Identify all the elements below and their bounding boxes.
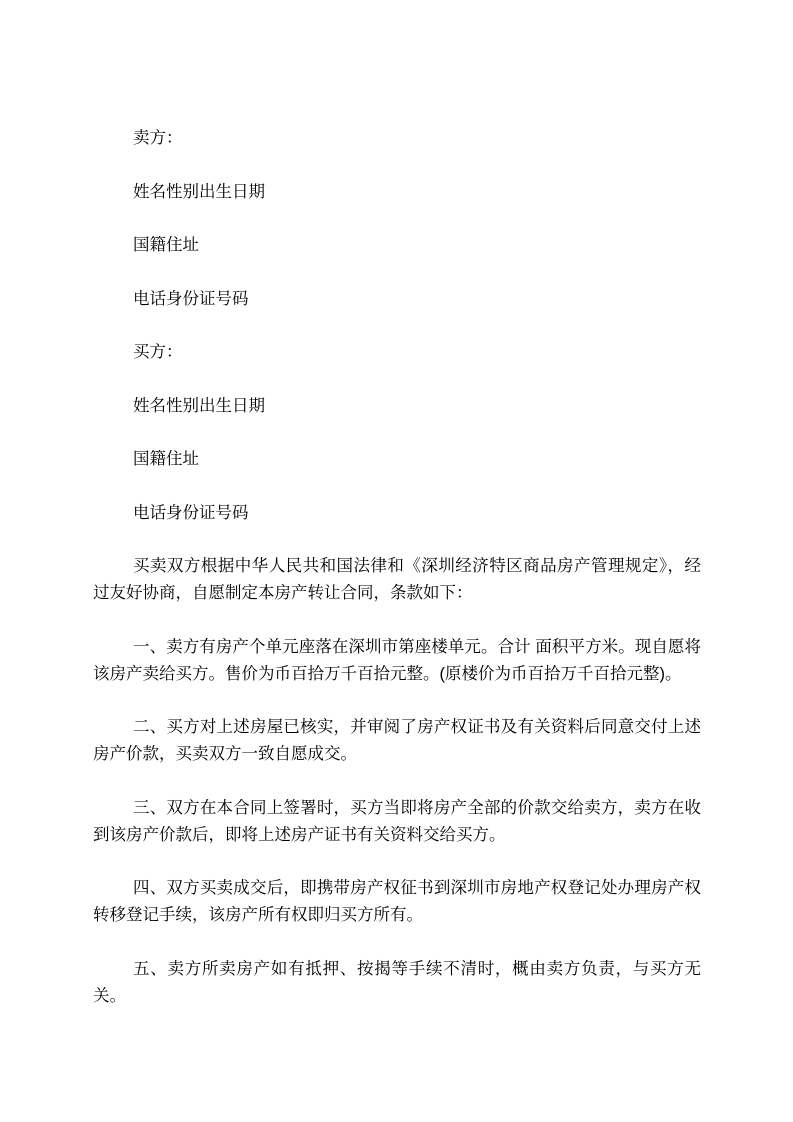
buyer-role-label: 买方： <box>93 339 701 366</box>
buyer-field-nationality-address: 国籍住址 <box>93 446 701 473</box>
document-page: 卖方： 姓名性别出生日期 国籍住址 电话身份证号码 买方： 姓名性别出生日期 国… <box>0 0 793 1122</box>
seller-field-name-gender-birthdate: 姓名性别出生日期 <box>93 179 701 206</box>
seller-role-label: 卖方： <box>93 125 701 152</box>
seller-field-nationality-address: 国籍住址 <box>93 232 701 259</box>
clause-4-paragraph: 四、双方买卖成交后，即携带房产权征书到深圳市房地产权登记处办理房产权转移登记手续… <box>93 875 701 929</box>
clause-1-paragraph: 一、卖方有房产个单元座落在深圳市第座楼单元。合计 面积平方米。现自愿将该房产卖给… <box>93 634 701 688</box>
seller-field-phone-id-number: 电话身份证号码 <box>93 286 701 313</box>
buyer-field-phone-id-number: 电话身份证号码 <box>93 500 701 527</box>
clause-3-paragraph: 三、双方在本合同上签署时，买方当即将房产全部的价款交给卖方，卖方在收到该房产价款… <box>93 795 701 849</box>
clause-2-paragraph: 二、买方对上述房屋已核实，并审阅了房产权证书及有关资料后同意交付上述房产价款，买… <box>93 714 701 768</box>
buyer-field-name-gender-birthdate: 姓名性别出生日期 <box>93 393 701 420</box>
clause-5-paragraph: 五、卖方所卖房产如有抵押、按揭等手续不清时，概由卖方负责，与买方无关。 <box>93 956 701 1010</box>
preamble-paragraph: 买卖双方根据中华人民共和国法律和《深圳经济特区商品房产管理规定》，经过友好协商，… <box>93 553 701 607</box>
